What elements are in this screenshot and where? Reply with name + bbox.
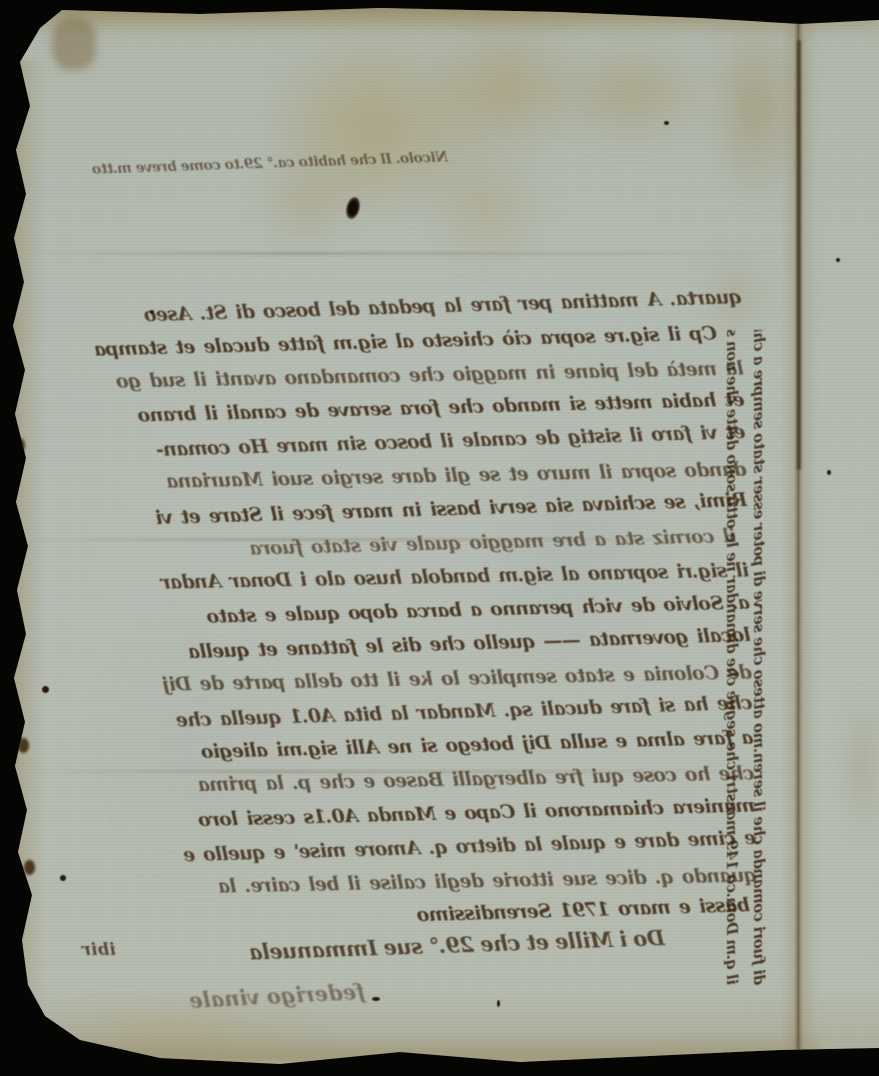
scanned-manuscript-view: Nicolo. Il che habito ca.° 29.to come br… [0, 0, 879, 1076]
manuscript-page: Nicolo. Il che habito ca.° 29.to come br… [0, 0, 879, 1076]
edge-vignette [0, 0, 879, 1076]
